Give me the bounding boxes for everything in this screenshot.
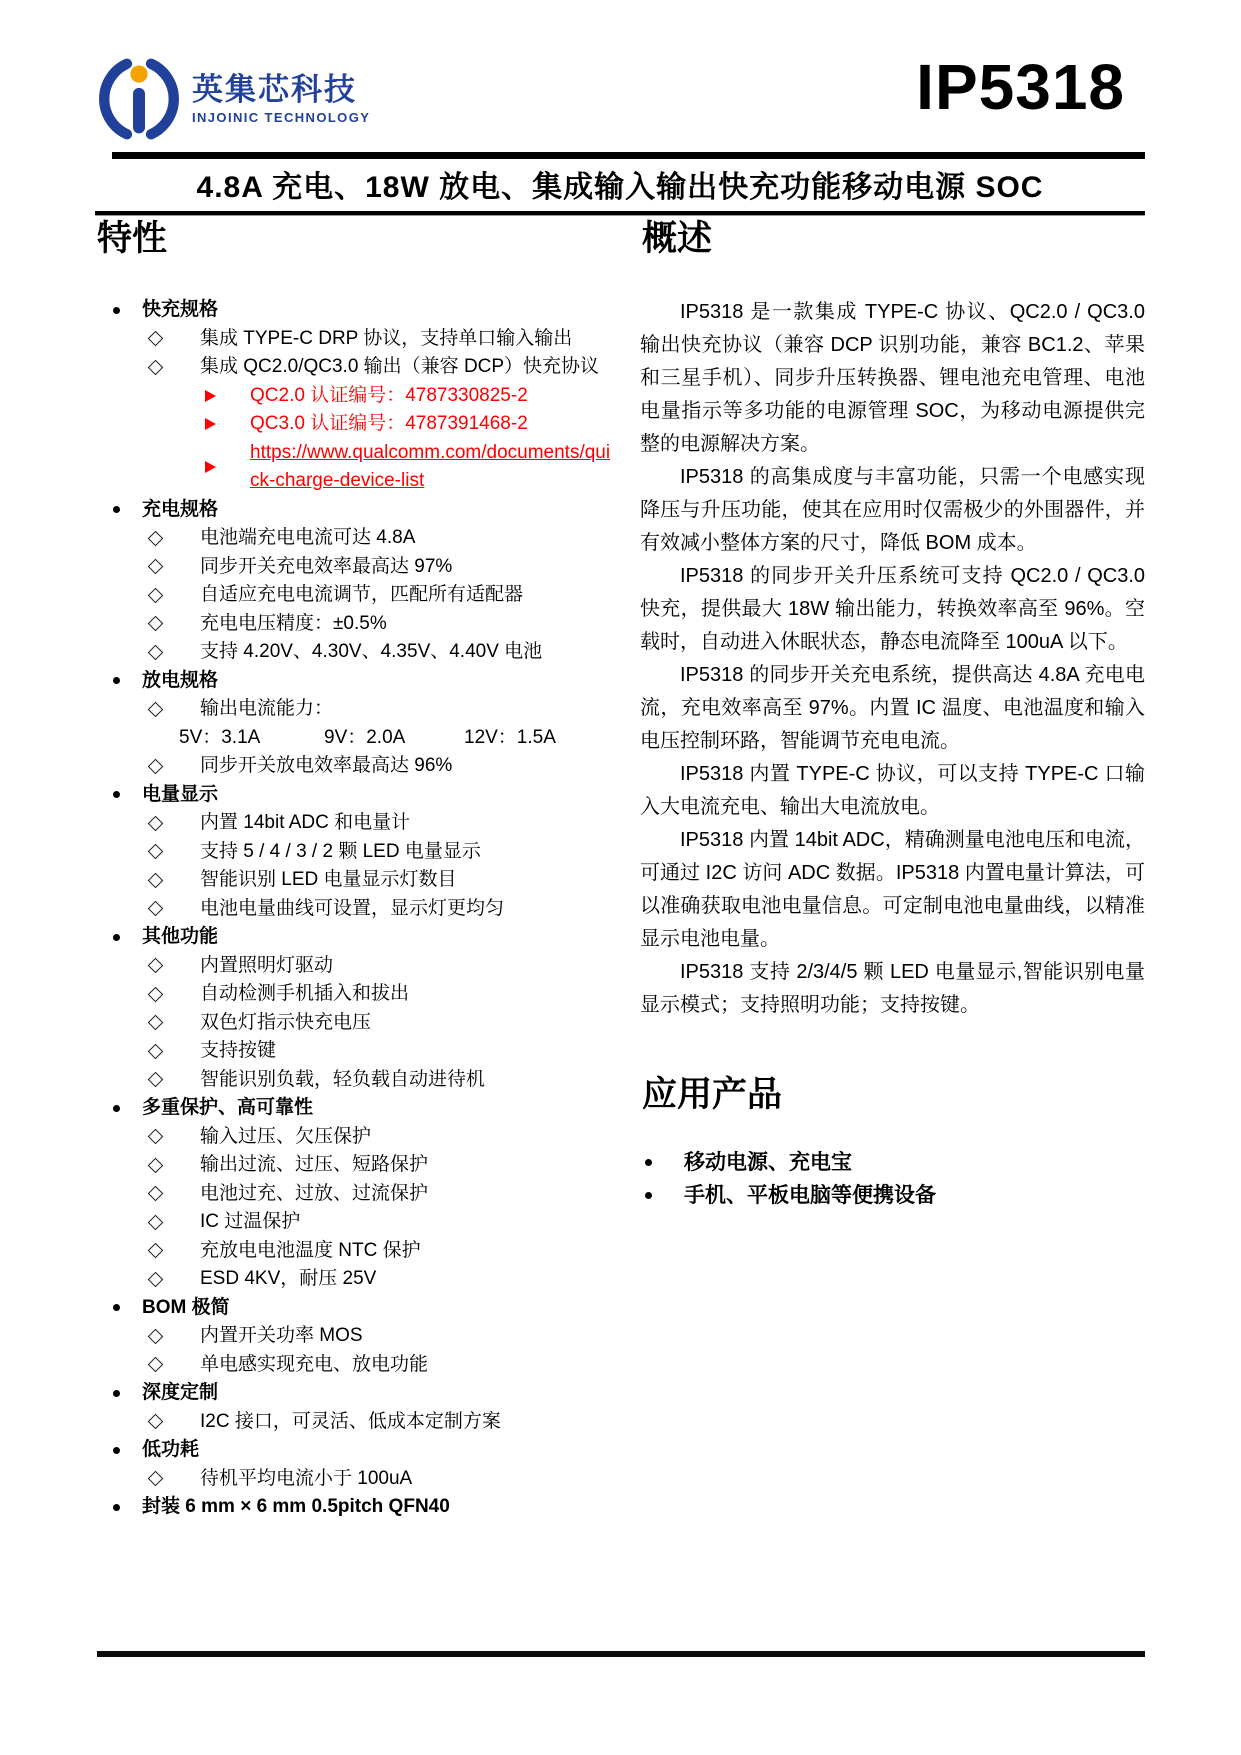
bullet-holder	[150, 1237, 200, 1266]
bullet-diamond-icon	[148, 331, 164, 347]
list-item: 集成 QC2.0/QC3.0 输出（兼容 DCP）快充协议	[95, 353, 617, 382]
list-item: IC 过温保护	[95, 1208, 617, 1237]
bullet-holder	[150, 895, 200, 924]
discharge-current-value: 5V：3.1A	[179, 724, 324, 753]
overview-paragraph: IP5318 是一款集成 TYPE-C 协议、QC2.0 / QC3.0 输出快…	[640, 296, 1145, 461]
bullet-diamond-icon	[148, 1015, 164, 1031]
list-item: 电池电量曲线可设置，显示灯更均匀	[95, 895, 617, 924]
bullet-dot-icon	[113, 506, 120, 513]
list-item: 深度定制	[95, 1379, 617, 1408]
bullet-diamond-icon	[148, 1157, 164, 1173]
discharge-current-value: 9V：2.0A	[324, 724, 464, 753]
features-section: 特性 快充规格集成 TYPE-C DRP 协议，支持单口输入输出集成 QC2.0…	[95, 212, 617, 1522]
list-item: 放电规格	[95, 667, 617, 696]
bullet-holder	[150, 1123, 200, 1152]
bullet-arrow-icon	[205, 390, 216, 402]
list-item-text: 电池过充、过放、过流保护	[200, 1180, 428, 1209]
list-item: 智能识别负载，轻负载自动进待机	[95, 1066, 617, 1095]
bullet-holder	[95, 496, 142, 525]
footer-rule	[97, 1651, 1145, 1657]
applications-list: 移动电源、充电宝手机、平板电脑等便携设备	[640, 1146, 1145, 1212]
list-item: 快充规格	[95, 296, 617, 325]
bullet-holder	[95, 1094, 142, 1123]
bullet-dot-icon	[113, 934, 120, 941]
injoinic-logo-icon	[96, 56, 182, 142]
bullet-holder	[150, 524, 200, 553]
feature-group-label: 低功耗	[142, 1436, 199, 1465]
bullet-holder	[150, 752, 200, 781]
overview-paragraph: IP5318 的同步开关充电系统，提供高达 4.8A 充电电流，充电效率高至 9…	[640, 659, 1145, 758]
discharge-current-value: 12V：1.5A	[464, 724, 556, 753]
list-item-text: 电池端充电电流可达 4.8A	[200, 524, 415, 553]
bullet-dot-icon	[113, 1105, 120, 1112]
part-number-title: IP5318	[916, 50, 1125, 124]
bullet-dot-icon	[645, 1159, 652, 1166]
list-item-text: 内置开关功率 MOS	[200, 1322, 363, 1351]
bullet-holder	[205, 410, 250, 439]
list-item-text: 电池电量曲线可设置，显示灯更均匀	[200, 895, 504, 924]
feature-group-label: 电量显示	[142, 781, 218, 810]
list-item-text: 待机平均电流小于 100uA	[200, 1465, 412, 1494]
bullet-diamond-icon	[148, 616, 164, 632]
bullet-holder	[150, 1037, 200, 1066]
feature-group-label: BOM 极简	[142, 1294, 230, 1323]
list-item-text: 支持 4.20V、4.30V、4.35V、4.40V 电池	[200, 638, 542, 667]
list-item: 电池端充电电流可达 4.8A	[95, 524, 617, 553]
list-item-text: 智能识别负载，轻负载自动进待机	[200, 1066, 485, 1095]
bullet-arrow-icon	[205, 461, 216, 473]
bullet-holder	[150, 1322, 200, 1351]
list-item: 充放电电池温度 NTC 保护	[95, 1237, 617, 1266]
bullet-diamond-icon	[148, 1072, 164, 1088]
overview-paragraph: IP5318 的高集成度与丰富功能，只需一个电感实现降压与升压功能，使其在应用时…	[640, 461, 1145, 560]
bullet-holder	[95, 923, 142, 952]
certification-number: QC2.0 认证编号：4787330825-2	[250, 382, 528, 411]
title-band-top-rule	[112, 152, 1145, 159]
bullet-diamond-icon	[148, 701, 164, 717]
list-item-text: 双色灯指示快充电压	[200, 1009, 371, 1038]
feature-group-label: 充电规格	[142, 496, 218, 525]
bullet-holder	[150, 353, 200, 382]
applications-heading: 应用产品	[642, 1074, 1145, 1116]
list-item-text: 自适应充电电流调节，匹配所有适配器	[200, 581, 523, 610]
list-item: 电池过充、过放、过流保护	[95, 1180, 617, 1209]
bullet-holder	[95, 1379, 142, 1408]
bullet-holder	[150, 1465, 200, 1494]
list-item-text: 集成 QC2.0/QC3.0 输出（兼容 DCP）快充协议	[200, 353, 599, 382]
bullet-diamond-icon	[148, 815, 164, 831]
list-item: ESD 4KV，耐压 25V	[95, 1265, 617, 1294]
list-item: 其他功能	[95, 923, 617, 952]
features-list: 快充规格集成 TYPE-C DRP 协议，支持单口输入输出集成 QC2.0/QC…	[95, 296, 617, 1522]
bullet-holder	[150, 1408, 200, 1437]
bullet-holder	[150, 809, 200, 838]
list-item-text: 同步开关充电效率最高达 97%	[200, 553, 452, 582]
features-heading: 特性	[97, 218, 617, 260]
bullet-holder	[95, 667, 142, 696]
list-item: 电量显示	[95, 781, 617, 810]
bullet-dot-icon	[113, 677, 120, 684]
list-item: BOM 极简	[95, 1294, 617, 1323]
bullet-holder	[95, 1294, 142, 1323]
list-item-text: 输出电流能力：	[200, 695, 333, 724]
list-item: 支持 4.20V、4.30V、4.35V、4.40V 电池	[95, 638, 617, 667]
bullet-dot-icon	[113, 1447, 120, 1454]
list-item-text: 支持按键	[200, 1037, 276, 1066]
application-item-text: 移动电源、充电宝	[684, 1146, 852, 1179]
feature-group-label: 封装 6 mm × 6 mm 0.5pitch QFN40	[142, 1493, 450, 1522]
list-item: 集成 TYPE-C DRP 协议，支持单口输入输出	[95, 325, 617, 354]
bullet-holder	[150, 581, 200, 610]
overview-paragraph: IP5318 内置 14bit ADC，精确测量电池电压和电流，可通过 I2C …	[640, 824, 1145, 956]
bullet-holder	[150, 952, 200, 981]
bullet-holder	[150, 1066, 200, 1095]
overview-paragraph: IP5318 的同步开关升压系统可支持 QC2.0 / QC3.0 快充，提供最…	[640, 560, 1145, 659]
bullet-diamond-icon	[148, 359, 164, 375]
bullet-holder	[150, 838, 200, 867]
bullet-holder	[205, 382, 250, 411]
bullet-holder	[150, 553, 200, 582]
bullet-diamond-icon	[148, 530, 164, 546]
list-item: QC3.0 认证编号：4787391468-2	[95, 410, 617, 439]
bullet-diamond-icon	[148, 844, 164, 860]
list-item: 支持 5 / 4 / 3 / 2 颗 LED 电量显示	[95, 838, 617, 867]
list-item-text: 输入过压、欠压保护	[200, 1123, 371, 1152]
list-item: 内置开关功率 MOS	[95, 1322, 617, 1351]
list-item-text: 充放电电池温度 NTC 保护	[200, 1237, 421, 1266]
list-item-text: 内置 14bit ADC 和电量计	[200, 809, 410, 838]
bullet-diamond-icon	[148, 644, 164, 660]
bullet-holder	[150, 638, 200, 667]
application-item: 移动电源、充电宝	[640, 1146, 1145, 1179]
list-item: 支持按键	[95, 1037, 617, 1066]
overview-paragraph: IP5318 内置 TYPE-C 协议，可以支持 TYPE-C 口输入大电流充电…	[640, 758, 1145, 824]
bullet-diamond-icon	[148, 1129, 164, 1145]
title-band: 4.8A 充电、18W 放电、集成输入输出快充功能移动电源 SOC	[95, 152, 1145, 216]
certification-number: QC3.0 认证编号：4787391468-2	[250, 410, 528, 439]
feature-group-label: 放电规格	[142, 667, 218, 696]
list-item: 封装 6 mm × 6 mm 0.5pitch QFN40	[95, 1493, 617, 1522]
list-item: 充电电压精度：±0.5%	[95, 610, 617, 639]
logo-text: 英集芯科技 INJOINIC TECHNOLOGY	[192, 73, 370, 125]
bullet-holder	[150, 695, 200, 724]
bullet-holder	[150, 1351, 200, 1380]
list-item-text: 同步开关放电效率最高达 96%	[200, 752, 452, 781]
list-item: 多重保护、高可靠性	[95, 1094, 617, 1123]
list-item: 双色灯指示快充电压	[95, 1009, 617, 1038]
list-item: 同步开关放电效率最高达 96%	[95, 752, 617, 781]
bullet-holder	[150, 1009, 200, 1038]
discharge-current-values: 5V：3.1A9V：2.0A12V：1.5A	[95, 724, 617, 753]
datasheet-page: 英集芯科技 INJOINIC TECHNOLOGY IP5318 4.8A 充电…	[0, 0, 1241, 1755]
list-item: 单电感实现充电、放电功能	[95, 1351, 617, 1380]
overview-paragraphs: IP5318 是一款集成 TYPE-C 协议、QC2.0 / QC3.0 输出快…	[640, 296, 1145, 1022]
list-item: 自适应充电电流调节，匹配所有适配器	[95, 581, 617, 610]
list-item-text: 输出过流、过压、短路保护	[200, 1151, 428, 1180]
overview-heading: 概述	[642, 218, 1145, 260]
list-item: https://www.qualcomm.com/documents/quick…	[95, 439, 617, 496]
list-item: 同步开关充电效率最高达 97%	[95, 553, 617, 582]
bullet-diamond-icon	[148, 587, 164, 603]
list-item: I2C 接口，可灵活、低成本定制方案	[95, 1408, 617, 1437]
feature-group-label: 深度定制	[142, 1379, 218, 1408]
list-item: 智能识别 LED 电量显示灯数目	[95, 866, 617, 895]
list-item-text: IC 过温保护	[200, 1208, 300, 1237]
bullet-arrow-icon	[205, 418, 216, 430]
list-item: 输入过压、欠压保护	[95, 1123, 617, 1152]
list-item: 充电规格	[95, 496, 617, 525]
list-item-text: 集成 TYPE-C DRP 协议，支持单口输入输出	[200, 325, 572, 354]
bullet-holder	[95, 296, 142, 325]
bullet-holder	[150, 1208, 200, 1237]
application-item: 手机、平板电脑等便携设备	[640, 1179, 1145, 1212]
feature-group-label: 快充规格	[142, 296, 218, 325]
document-subtitle: 4.8A 充电、18W 放电、集成输入输出快充功能移动电源 SOC	[95, 159, 1145, 211]
bullet-dot-icon	[113, 307, 120, 314]
bullet-holder	[95, 1493, 142, 1522]
bullet-diamond-icon	[148, 1043, 164, 1059]
bullet-dot-icon	[113, 791, 120, 798]
injoinic-logo: 英集芯科技 INJOINIC TECHNOLOGY	[96, 56, 370, 142]
bullet-holder	[150, 325, 200, 354]
bullet-diamond-icon	[148, 559, 164, 575]
logo-orange-dot	[130, 65, 147, 82]
list-item-text: ESD 4KV，耐压 25V	[200, 1265, 376, 1294]
bullet-dot-icon	[113, 1390, 120, 1397]
bullet-diamond-icon	[148, 1243, 164, 1259]
list-item-text: 自动检测手机插入和拔出	[200, 980, 409, 1009]
bullet-diamond-icon	[148, 986, 164, 1002]
bullet-holder	[150, 1151, 200, 1180]
bullet-diamond-icon	[148, 1414, 164, 1430]
list-item-text: 充电电压精度：±0.5%	[200, 610, 387, 639]
bullet-dot-icon	[113, 1304, 120, 1311]
bullet-holder	[640, 1146, 684, 1179]
main-content: 特性 快充规格集成 TYPE-C DRP 协议，支持单口输入输出集成 QC2.0…	[95, 212, 1145, 1522]
logo-company-name-en: INJOINIC TECHNOLOGY	[192, 110, 370, 125]
bullet-diamond-icon	[148, 758, 164, 774]
feature-group-label: 多重保护、高可靠性	[142, 1094, 313, 1123]
bullet-holder	[640, 1179, 684, 1212]
list-item: 低功耗	[95, 1436, 617, 1465]
list-item: 自动检测手机插入和拔出	[95, 980, 617, 1009]
list-item: 输出过流、过压、短路保护	[95, 1151, 617, 1180]
list-item-text: I2C 接口，可灵活、低成本定制方案	[200, 1408, 501, 1437]
bullet-holder	[150, 980, 200, 1009]
list-item-text: 内置照明灯驱动	[200, 952, 333, 981]
list-item: 内置照明灯驱动	[95, 952, 617, 981]
feature-group-label: 其他功能	[142, 923, 218, 952]
overview-paragraph: IP5318 支持 2/3/4/5 颗 LED 电量显示,智能识别电量显示模式；…	[640, 956, 1145, 1022]
list-item-text: 智能识别 LED 电量显示灯数目	[200, 866, 457, 895]
right-column: 概述 IP5318 是一款集成 TYPE-C 协议、QC2.0 / QC3.0 …	[640, 212, 1145, 1522]
logo-company-name-cn: 英集芯科技	[192, 73, 370, 107]
bullet-holder	[150, 610, 200, 639]
list-item-text: 支持 5 / 4 / 3 / 2 颗 LED 电量显示	[200, 838, 481, 867]
list-item: QC2.0 认证编号：4787330825-2	[95, 382, 617, 411]
bullet-diamond-icon	[148, 901, 164, 917]
bullet-dot-icon	[645, 1192, 652, 1199]
bullet-diamond-icon	[148, 1271, 164, 1287]
bullet-holder	[95, 1436, 142, 1465]
bullet-holder	[150, 1265, 200, 1294]
application-item-text: 手机、平板电脑等便携设备	[684, 1179, 936, 1212]
list-item: 内置 14bit ADC 和电量计	[95, 809, 617, 838]
bullet-diamond-icon	[148, 958, 164, 974]
bullet-diamond-icon	[148, 1186, 164, 1202]
bullet-holder	[150, 866, 200, 895]
bullet-diamond-icon	[148, 872, 164, 888]
bullet-holder	[95, 781, 142, 810]
bullet-diamond-icon	[148, 1328, 164, 1344]
bullet-diamond-icon	[148, 1471, 164, 1487]
qualcomm-device-list-link[interactable]: https://www.qualcomm.com/documents/quick…	[250, 439, 617, 496]
bullet-dot-icon	[113, 1504, 120, 1511]
bullet-diamond-icon	[148, 1214, 164, 1230]
list-item: 待机平均电流小于 100uA	[95, 1465, 617, 1494]
bullet-holder	[205, 439, 250, 496]
list-item-text: 单电感实现充电、放电功能	[200, 1351, 428, 1380]
bullet-holder	[150, 1180, 200, 1209]
bullet-diamond-icon	[148, 1357, 164, 1373]
list-item: 输出电流能力：	[95, 695, 617, 724]
